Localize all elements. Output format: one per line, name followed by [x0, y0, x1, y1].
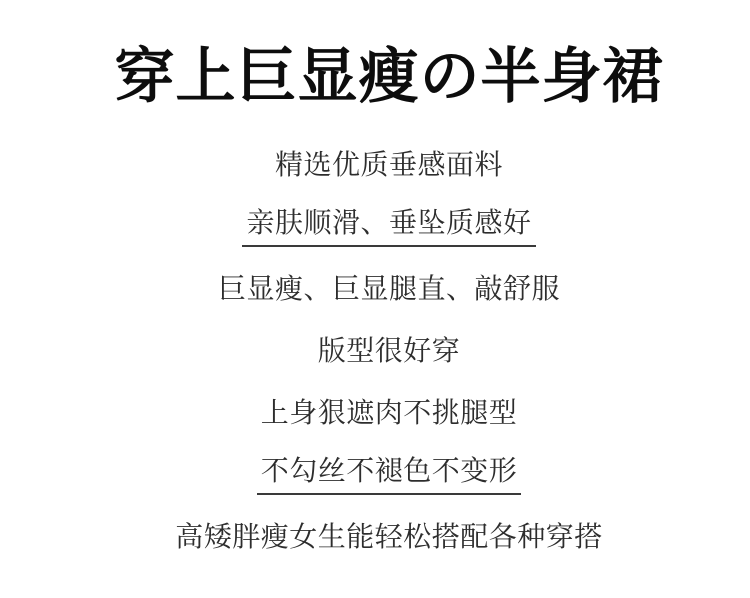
- feature-line-text: 巨显瘦、巨显腿直、敲舒服: [218, 273, 560, 305]
- feature-line-text-underlined: 不勾丝不褪色不变形: [257, 455, 522, 495]
- feature-line-text: 精选优质垂感面料: [275, 149, 503, 181]
- feature-lines: 精选优质垂感面料 亲肤顺滑、垂坠质感好 巨显瘦、巨显腿直、敲舒服 版型很好穿 上…: [175, 134, 603, 568]
- feature-line: 不勾丝不褪色不变形: [257, 444, 522, 506]
- feature-line-text: 高矮胖瘦女生能轻松搭配各种穿搭: [175, 521, 603, 553]
- feature-line: 版型很好穿: [318, 320, 461, 382]
- feature-line-text-underlined: 亲肤顺滑、垂坠质感好: [242, 207, 535, 247]
- feature-line: 精选优质垂感面料: [275, 134, 503, 196]
- product-promo-poster: 穿上巨显瘦の半身裙 精选优质垂感面料 亲肤顺滑、垂坠质感好 巨显瘦、巨显腿直、敲…: [0, 0, 750, 598]
- feature-line: 上身狠遮肉不挑腿型: [261, 382, 518, 444]
- feature-line-text: 上身狠遮肉不挑腿型: [261, 397, 518, 429]
- poster-title: 穿上巨显瘦の半身裙: [115, 44, 664, 110]
- poster-content: 穿上巨显瘦の半身裙 精选优质垂感面料 亲肤顺滑、垂坠质感好 巨显瘦、巨显腿直、敲…: [14, 0, 750, 598]
- feature-line: 巨显瘦、巨显腿直、敲舒服: [218, 258, 560, 320]
- feature-line: 亲肤顺滑、垂坠质感好: [242, 196, 535, 258]
- feature-line-text: 版型很好穿: [318, 335, 461, 367]
- feature-line: 高矮胖瘦女生能轻松搭配各种穿搭: [175, 506, 603, 568]
